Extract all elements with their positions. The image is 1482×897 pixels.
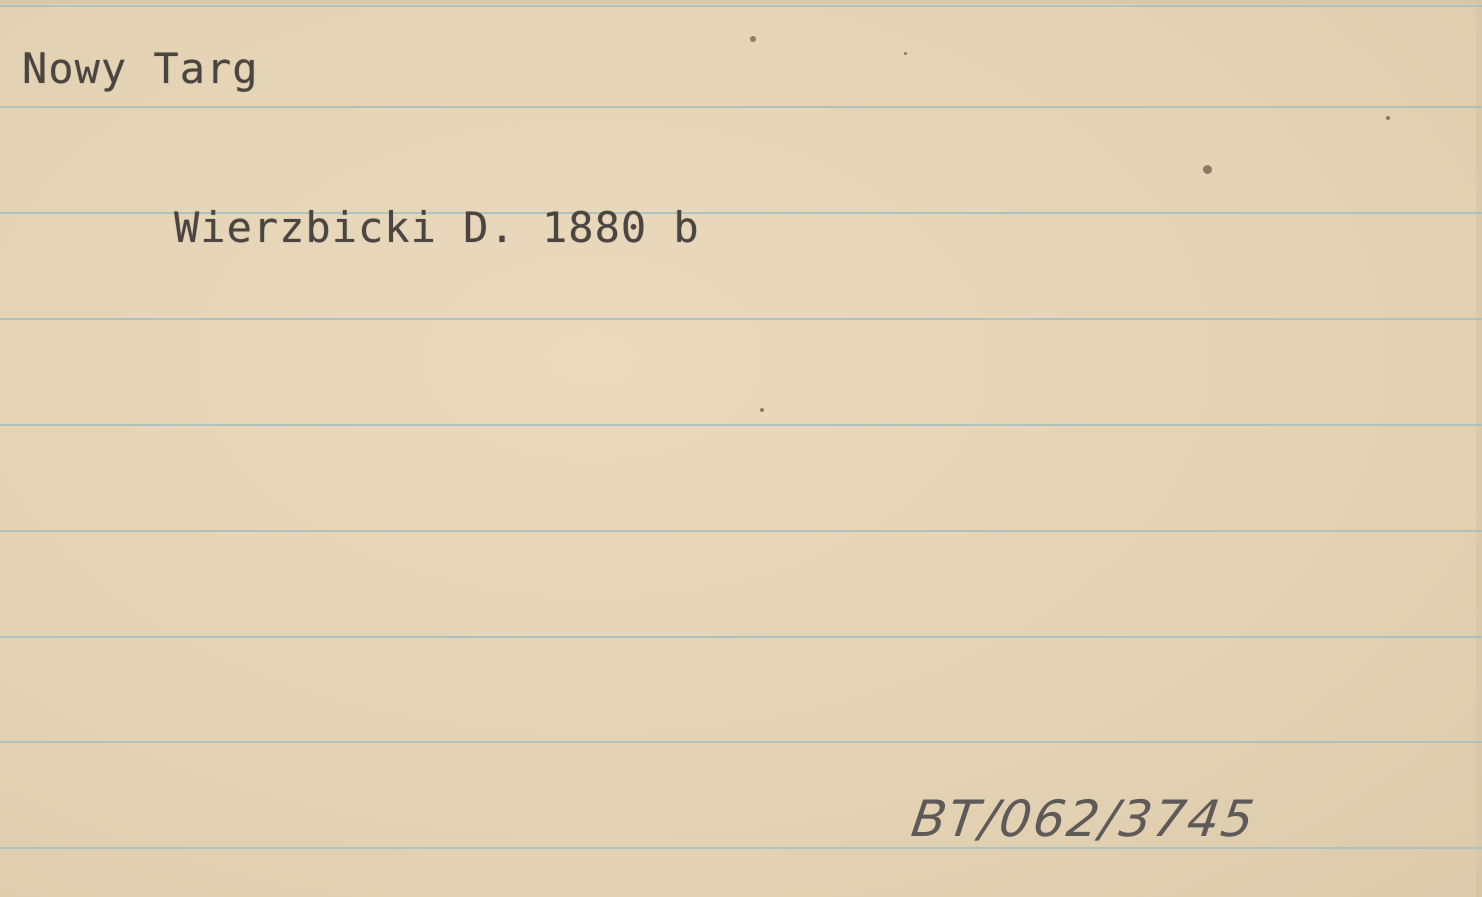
paper-speck [1386,116,1390,120]
ruled-line [0,5,1482,7]
paper-speck [904,52,907,55]
paper-speck [750,36,756,42]
paper-speck [1203,165,1212,174]
index-card: Nowy Targ Wierzbicki D. 1880 b BT/062/37… [0,0,1482,897]
ruled-line [0,636,1482,638]
handwritten-reference: BT/062/3745 [908,790,1259,848]
paper-speck [760,408,764,412]
ruled-line [0,318,1482,320]
ruled-line [0,741,1482,743]
ruled-line [0,106,1482,108]
ruled-line [0,847,1482,849]
ruled-line [0,424,1482,426]
place-heading: Nowy Targ [22,44,259,93]
card-right-edge [1476,0,1482,897]
ruled-line [0,530,1482,532]
card-top-edge [0,0,1482,4]
surname-entry: Wierzbicki D. 1880 b [174,203,700,252]
